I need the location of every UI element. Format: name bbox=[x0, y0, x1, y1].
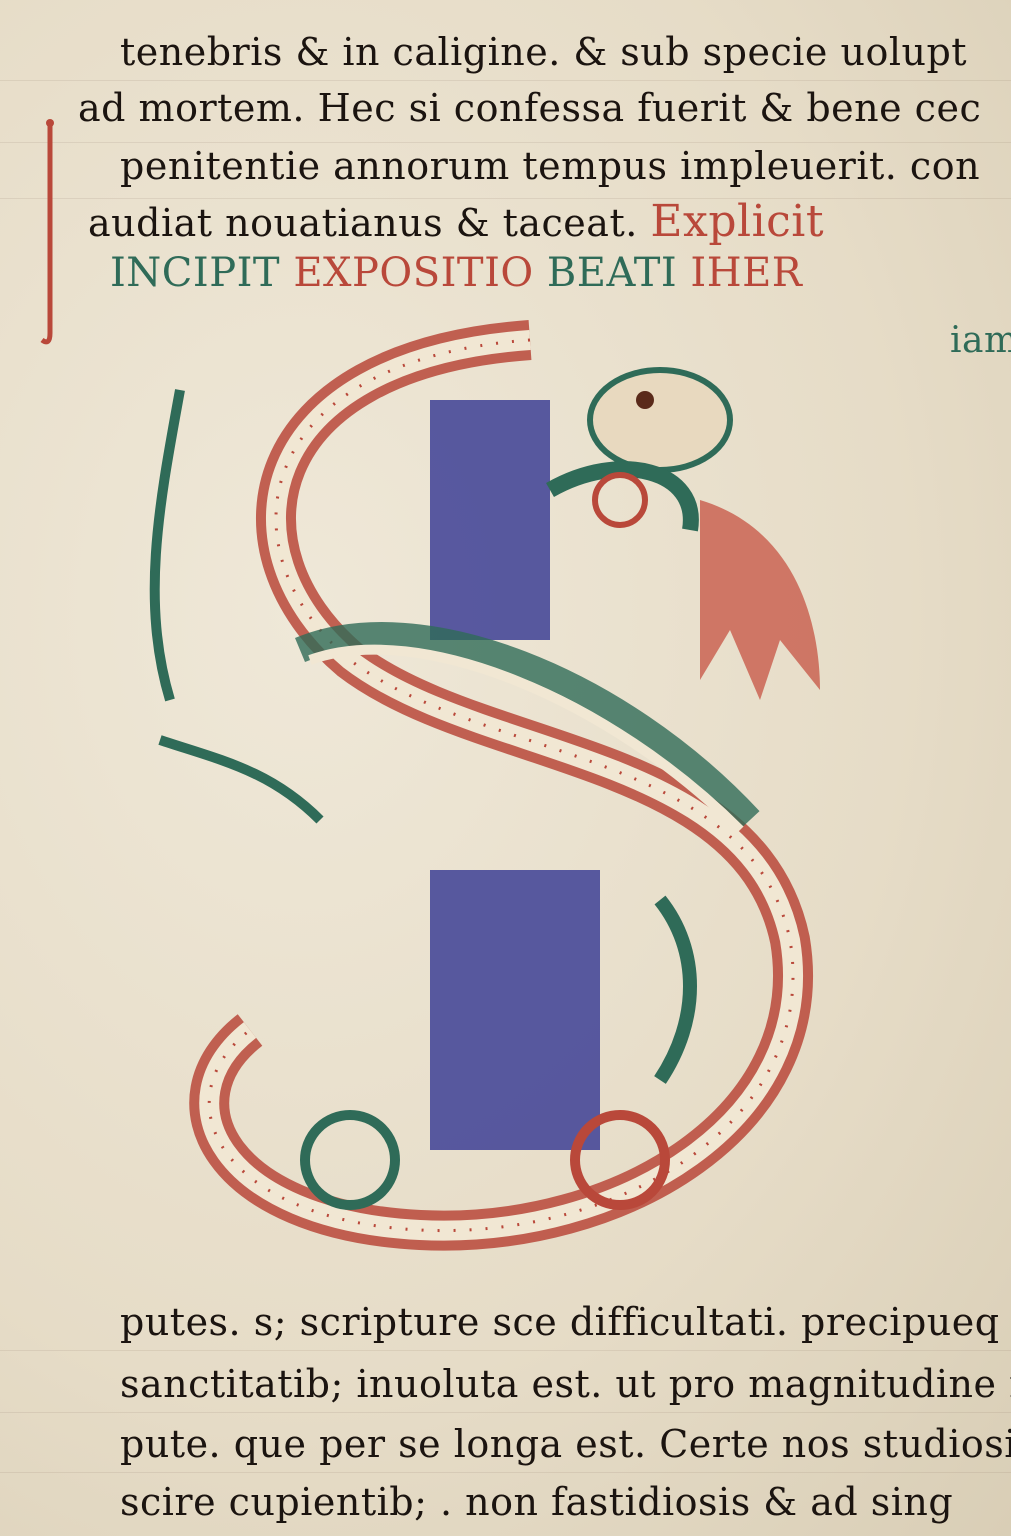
ruling-line bbox=[0, 1472, 1011, 1473]
red-initial-I-icon bbox=[40, 118, 60, 348]
ruling-line bbox=[0, 1412, 1011, 1413]
text-line-4: audiat nouatianus & taceat. Explicit bbox=[88, 196, 824, 247]
heading-continuation: iam bbox=[950, 320, 1011, 361]
expositio-word: EXPOSITIO bbox=[293, 250, 533, 296]
iher-word: IHER bbox=[690, 250, 802, 296]
text-line-7: pute. que per se longa est. Certe nos st… bbox=[120, 1422, 1011, 1466]
incipit-word: INCIPIT bbox=[110, 250, 280, 296]
ruling-line bbox=[0, 80, 1011, 81]
text-line-1: tenebris & in caligine. & sub specie uol… bbox=[120, 30, 967, 74]
beati-word: BEATI bbox=[547, 250, 677, 296]
text-line-6: sanctitatib; inuoluta est. ut pro magnit… bbox=[120, 1362, 1011, 1406]
text-line-2: ad mortem. Hec si confessa fuerit & bene… bbox=[78, 86, 981, 130]
ruling-line bbox=[0, 142, 1011, 143]
text-line-3: penitentie annorum tempus impleuerit. co… bbox=[120, 144, 980, 188]
incipit-heading: INCIPIT EXPOSITIO BEATI IHER bbox=[110, 250, 802, 296]
text-line-4-body: audiat nouatianus & taceat. bbox=[88, 201, 638, 245]
ruling-line bbox=[0, 1350, 1011, 1351]
text-line-5: putes. s; scripture sce difficultati. pr… bbox=[120, 1300, 1000, 1344]
dragon-initial-S-icon bbox=[100, 300, 880, 1280]
text-line-8: scire cupientib; . non fastidiosis & ad … bbox=[120, 1480, 953, 1524]
manuscript-page: tenebris & in caligine. & sub specie uol… bbox=[0, 0, 1011, 1536]
explicit-rubric: Explicit bbox=[650, 196, 824, 247]
